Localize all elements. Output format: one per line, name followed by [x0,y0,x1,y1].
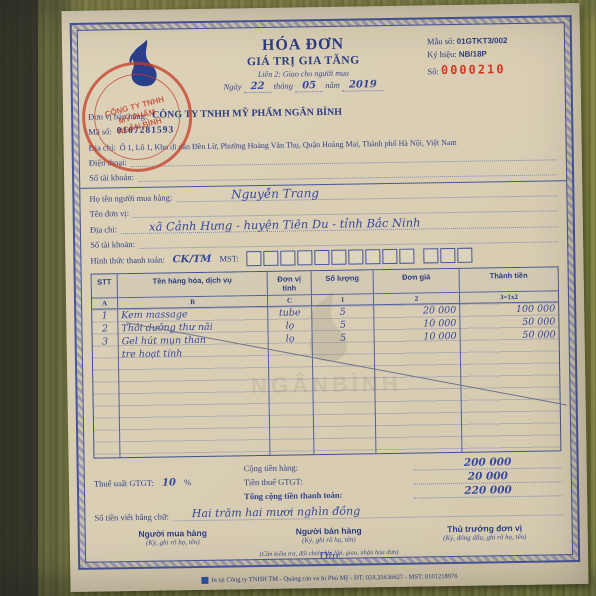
buyer-account-label: Số tài khoản: [90,239,135,250]
seller-name-label: Đơn vị bán hàng: [88,111,147,122]
subtotal-rule: 200 000 [414,455,562,470]
col-code-1: 1 [312,294,374,305]
col-code-c: C [268,295,312,306]
mst-box [365,249,380,264]
amount-in-words-row: Số tiền viết bằng chữ: Hai trăm hai mươi… [94,501,562,522]
mst-box [423,248,438,263]
tax-rule: 20 000 [414,469,562,484]
col-header-qty: Số lượng [312,270,374,294]
date-word-month: tháng [274,80,294,90]
mst-box [457,247,472,262]
invoice-number-line: Số: 0000210 [427,59,555,79]
mst-label: MST: [219,254,239,264]
seller-section: Đơn vị bán hàng: CÔNG TY TNHH MỸ PHẨM NG… [88,103,557,183]
col-header-amount: Thành tiền [460,267,558,292]
invoice-subtitle: GIÁ TRỊ GIA TĂNG [179,53,427,69]
date-word-day: Ngày [223,81,241,91]
buyer-signature-note: (Ký, ghi rõ họ, tên) [95,537,251,547]
col-header-stt: STT [92,274,118,297]
printer-info-line: In tại Công ty TNHH TM - Quảng cáo và In… [70,571,588,586]
invoice-paper: CÔNG TY TNHH MỸ PHẨM NGÂN BÌNH HÓA ĐƠN G… [61,3,588,592]
seller-name-value: CÔNG TY TNHH MỸ PHẨM NGÂN BÌNH [152,107,342,121]
col-header-unit: Đơn vị tính [268,271,312,295]
seller-tax-label: Mã số: [88,127,112,137]
mst-box [331,249,346,264]
director-signature-note: (Ký, đóng dấu, ghi rõ họ, tên) [407,532,563,542]
totals-section: Cộng tiền hàng: 200 000 Thuế suất GTGT: … [94,454,563,522]
mst-box [280,250,295,265]
items-table: STT Tên hàng hóa, dịch vụ Đơn vị tính Số… [91,266,562,458]
header-right-block: Mẫu số: 01GTKT3/002 Ký hiệu: NB/18P Số: … [427,29,556,101]
mst-box [246,251,261,266]
header-center: HÓA ĐƠN GIÁ TRỊ GIA TĂNG Liên 2: Giao ch… [179,31,428,105]
grand-total-handwritten: 220 000 [464,484,512,497]
mst-box [263,250,278,265]
payment-line: Hình thức thanh toán: CK/TM MST: [90,246,558,268]
seller-address-label: Địa chỉ: [89,142,116,152]
buyer-name-label: Họ tên người mua hàng: [89,193,172,204]
date-day-handwritten: 22 [244,81,272,93]
seller-phone-label: Điện thoại: [89,157,127,168]
payment-label: Hình thức thanh toán: [90,255,164,266]
tax-rate-group: Thuế suất GTGT: 10 % [94,476,244,489]
seller-signature-note: (Ký, ghi rõ họ, tên) [251,534,407,544]
date-year-handwritten: 2019 [342,79,384,92]
table-empty-rows [93,354,560,457]
ornate-border-frame: CÔNG TY TNHH MỸ PHẨM NGÂN BÌNH HÓA ĐƠN G… [70,15,581,570]
col-code-2: 2 [374,293,460,304]
date-line: Ngày 22 tháng 05 năm 2019 [180,78,428,93]
col-code-a: A [92,298,118,308]
seller-tax-value: 0107281593 [117,126,175,137]
date-month-handwritten: 05 [295,80,323,92]
tax-rate-handwritten: 10 [156,477,182,488]
buyer-address-label: Địa chỉ: [90,224,117,234]
invoice-header: CÔNG TY TNHH MỸ PHẨM NGÂN BÌNH HÓA ĐƠN G… [87,29,556,106]
mst-box [297,250,312,265]
mst-box [314,250,329,265]
mst-box [399,248,414,263]
col-header-name: Tên hàng hóa, dịch vụ [118,272,268,297]
amount-words-label: Số tiền viết bằng chữ: [94,511,169,522]
seller-account-label: Số tài khoản: [89,172,134,183]
mst-boxes [244,247,472,266]
tax-handwritten: 20 000 [468,470,508,483]
amount-words-rule: Hai trăm hai mươi nghìn đồng [174,501,563,521]
photo-background: CÔNG TY TNHH MỸ PHẨM NGÂN BÌNH HÓA ĐƠN G… [0,0,596,596]
logo-area: CÔNG TY TNHH MỸ PHẨM NGÂN BÌNH [87,35,180,106]
mst-box [348,249,363,264]
grand-total-rule: 220 000 [414,483,562,498]
mst-box [440,248,455,263]
buyer-org-label: Tên đơn vị: [90,208,130,219]
mst-box [382,249,397,264]
col-code-3: 3=1x2 [460,291,558,303]
col-header-price: Đơn giá [374,269,460,293]
buyer-section: Họ tên người mua hàng: Nguyễn Trang Tên … [89,184,558,268]
date-word-year: năm [325,80,340,90]
printer-logo-icon [201,577,208,584]
payment-method-handwritten: CK/TM [173,253,212,265]
amount-words-handwritten: Hai trăm hai mươi nghìn đồng [192,504,361,520]
subtotal-handwritten: 200 000 [464,456,512,469]
invoice-body: CÔNG TY TNHH MỸ PHẨM NGÂN BÌNH HÓA ĐƠN G… [77,22,573,563]
grand-total-label: Tổng cộng tiền thanh toán: [244,488,414,501]
printer-info-text: In tại Công ty TNHH TM - Quảng cáo và In… [211,573,457,584]
invoice-serial-number: 0000210 [441,62,506,77]
director-signature-column: Thủ trưởng đơn vị (Ký, đóng dấu, ghi rõ … [407,522,564,563]
swan-logo-icon [121,38,164,96]
